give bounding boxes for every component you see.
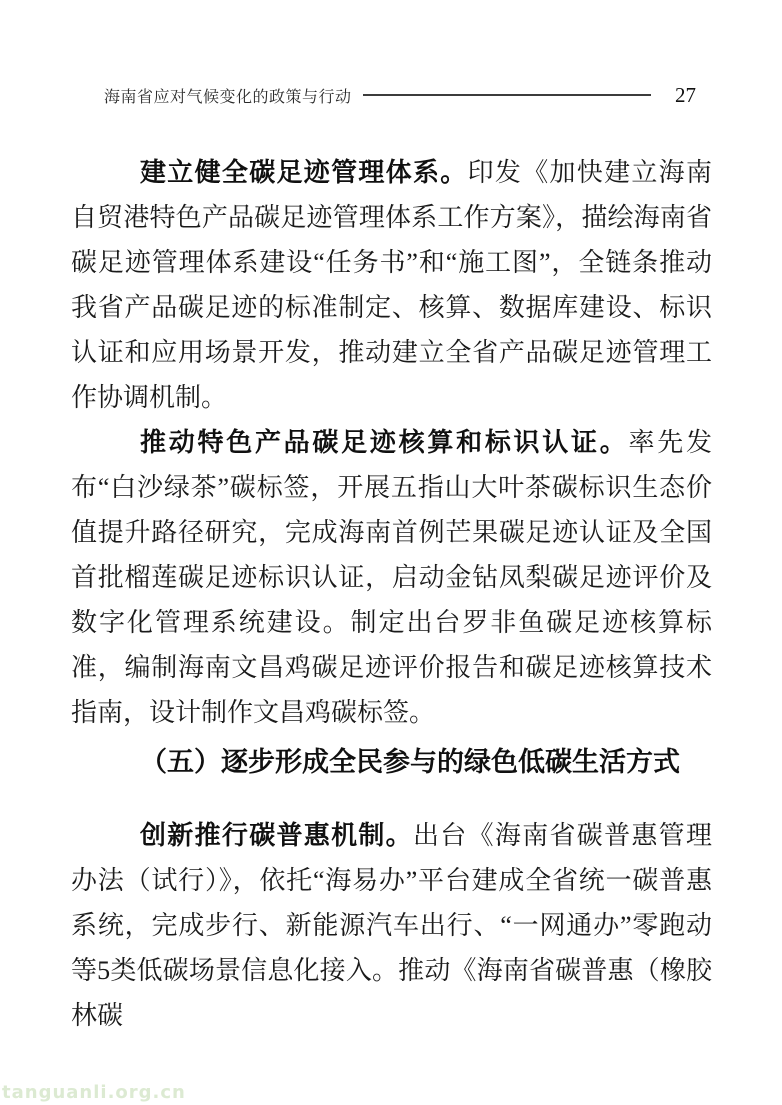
paragraph-2-text: 率先发布“白沙绿茶”碳标签，开展五指山大叶茶碳标识生态价值提升路径研究，完成海南… bbox=[71, 428, 712, 727]
page-number: 27 bbox=[675, 83, 696, 108]
paragraph-2-lead: 推动特色产品碳足迹核算和标识认证。 bbox=[140, 428, 629, 457]
header-title: 海南省应对气候变化的政策与行动 bbox=[104, 84, 352, 107]
header-rule-divider bbox=[363, 94, 651, 96]
paragraph-carbon-inclusion: 创新推行碳普惠机制。出台《海南省碳普惠管理办法（试行）》，依托“海易办”平台建成… bbox=[71, 813, 712, 1038]
paragraph-3-lead: 创新推行碳普惠机制。 bbox=[140, 821, 413, 850]
document-page: 海南省应对气候变化的政策与行动 27 建立健全碳足迹管理体系。印发《加快建立海南… bbox=[0, 0, 782, 1105]
paragraph-3-text: 出台《海南省碳普惠管理办法（试行）》，依托“海易办”平台建成全省统一碳普惠系统，… bbox=[71, 821, 712, 1030]
paragraph-1-lead: 建立健全碳足迹管理体系。 bbox=[140, 158, 468, 187]
document-body: 建立健全碳足迹管理体系。印发《加快建立海南自贸港特色产品碳足迹管理体系工作方案》… bbox=[71, 150, 712, 1038]
section-heading-five: （五）逐步形成全民参与的绿色低碳生活方式 bbox=[71, 740, 712, 785]
paragraph-product-certification: 推动特色产品碳足迹核算和标识认证。率先发布“白沙绿茶”碳标签，开展五指山大叶茶碳… bbox=[71, 420, 712, 735]
paragraph-1-text: 印发《加快建立海南自贸港特色产品碳足迹管理体系工作方案》，描绘海南省碳足迹管理体… bbox=[71, 158, 712, 412]
paragraph-carbon-footprint-system: 建立健全碳足迹管理体系。印发《加快建立海南自贸港特色产品碳足迹管理体系工作方案》… bbox=[71, 150, 712, 420]
running-header: 海南省应对气候变化的政策与行动 27 bbox=[104, 84, 696, 106]
watermark-tanguanli: tanguanli.org.cn bbox=[2, 1082, 186, 1103]
